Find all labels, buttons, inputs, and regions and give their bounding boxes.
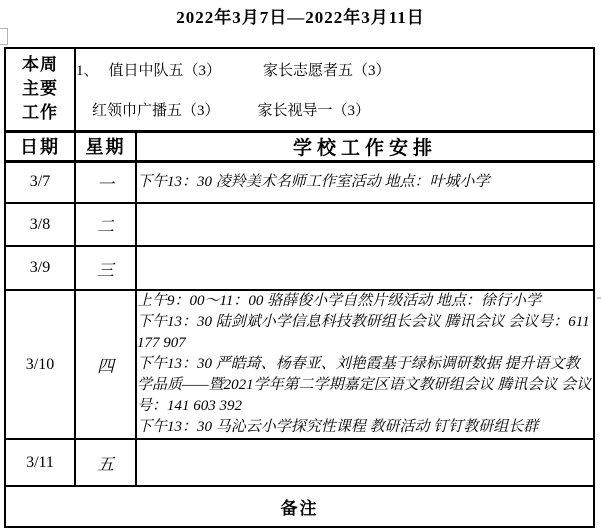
schedule-row-wed: 3/9 三 [5, 246, 594, 290]
remark-row: 备注 [5, 486, 594, 527]
schedule-row-mon: 3/7 一 下午13：30 凌羚美术名师工作室活动 地点：叶城小学 [5, 161, 594, 203]
date-cell: 3/10 [5, 290, 75, 439]
weekly-work-label-line1: 本周 [6, 53, 74, 77]
weekly-work-label-cell: 本周 主要 工作 [5, 48, 75, 131]
schedule-entry: 下午13：30 严皓琦、杨春亚、刘艳霞基于绿标调研数据 提升语文教学品质——暨2… [137, 354, 593, 417]
weekly-work-line1: 1、值日中队五（3）家长志愿者五（3） [76, 59, 593, 80]
weekly-schedule-document: 2022年3月7日—2022年3月11日 本周 主要 工作 1、值日中队五（3）… [0, 0, 601, 529]
weekday-cell: 一 [75, 161, 136, 203]
weekly-work-content-cell: 1、值日中队五（3）家长志愿者五（3） 红领巾广播五（3）家长视导一（3） [75, 48, 594, 131]
schedule-entry: 下午13：30 马沁云小学探究性课程 教研活动 钉钉教研组长群 [137, 417, 593, 438]
arrangement-cell-empty [136, 246, 594, 290]
arrangement-cell: 下午13：30 凌羚美术名师工作室活动 地点：叶城小学 [136, 161, 594, 203]
date-cell: 3/8 [5, 203, 75, 246]
weekday-cell: 四 [75, 290, 136, 439]
edge-artifact-left [0, 28, 8, 45]
weekly-work-label-line3: 工作 [6, 101, 74, 125]
date-cell: 3/7 [5, 161, 75, 203]
schedule-row-thu: 3/10 四 上午9：00～11：00 骆薛俊小学自然片级活动 地点：徐行小学 … [5, 290, 594, 439]
schedule-entry: 上午9：00～11：00 骆薛俊小学自然片级活动 地点：徐行小学 [137, 291, 593, 312]
header-date: 日期 [5, 131, 75, 161]
weekly-work-line1-prefix: 1、 [76, 63, 99, 79]
arrangement-cell-empty [136, 439, 594, 486]
date-cell: 3/11 [5, 439, 75, 486]
weekly-work-line1-item1: 值日中队五（3） [109, 63, 222, 79]
schedule-row-tue: 3/8 二 [5, 203, 594, 246]
header-row: 日期 星期 学校工作安排 [5, 131, 594, 161]
schedule-table: 本周 主要 工作 1、值日中队五（3）家长志愿者五（3） 红领巾广播五（3）家长… [4, 47, 595, 528]
edge-artifact-right [597, 297, 601, 299]
weekly-work-line2: 红领巾广播五（3）家长视导一（3） [92, 99, 593, 120]
weekly-work-line2-item2: 家长视导一（3） [258, 103, 371, 119]
schedule-row-fri: 3/11 五 [5, 439, 594, 486]
weekday-cell: 三 [75, 246, 136, 290]
date-cell: 3/9 [5, 246, 75, 290]
arrangement-cell-empty [136, 203, 594, 246]
weekday-cell: 二 [75, 203, 136, 246]
schedule-entry: 下午13：30 凌羚美术名师工作室活动 地点：叶城小学 [137, 172, 593, 193]
weekly-work-row: 本周 主要 工作 1、值日中队五（3）家长志愿者五（3） 红领巾广播五（3）家长… [5, 48, 594, 131]
schedule-entry: 下午13：30 陆剑斌小学信息科技教研组长会议 腾讯会议 会议号：611 177… [137, 312, 593, 354]
header-weekday: 星期 [75, 131, 136, 161]
weekly-work-line2-item1: 红领巾广播五（3） [92, 103, 220, 119]
arrangement-cell: 上午9：00～11：00 骆薛俊小学自然片级活动 地点：徐行小学 下午13：30… [136, 290, 594, 439]
document-title: 2022年3月7日—2022年3月11日 [0, 3, 601, 28]
remark-label: 备注 [5, 486, 594, 527]
weekly-work-label-line2: 主要 [6, 77, 74, 101]
header-arrangement: 学校工作安排 [136, 131, 594, 161]
weekly-work-line1-item2: 家长志愿者五（3） [263, 63, 391, 79]
weekday-cell: 五 [75, 439, 136, 486]
